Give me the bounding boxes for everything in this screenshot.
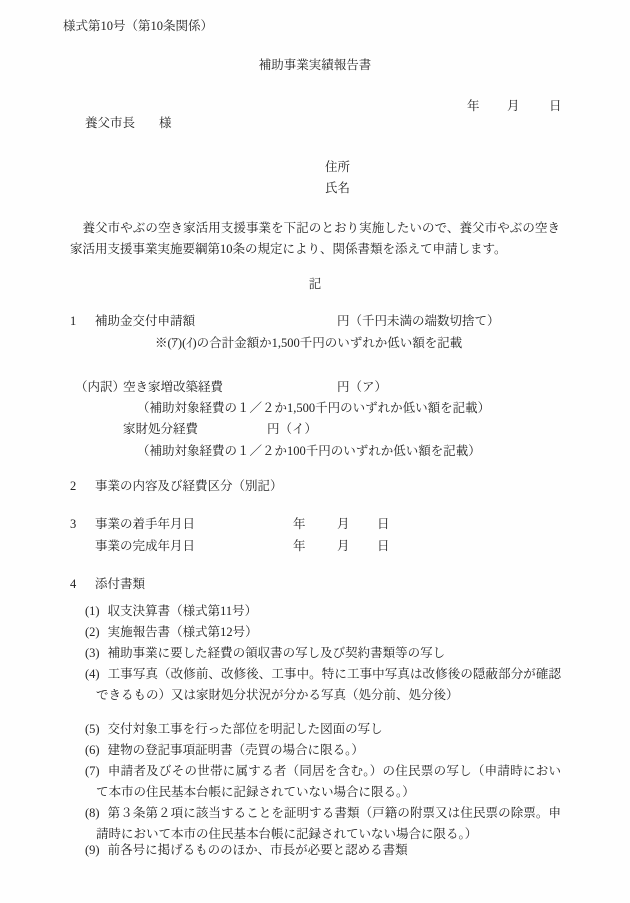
addressee-line: 養父市長様 (85, 116, 172, 130)
address-label: 住所 (325, 160, 350, 174)
complete-month-label: 月 (337, 539, 350, 553)
breakdown-row-1-note-text: （補助対象経費の１／２か1,500千円のいずれか低い額を記載） (137, 401, 490, 415)
attachment-text: 補助事業に要した経費の領収書の写し及び契約書類等の写し (108, 646, 446, 660)
breakdown-row-2-label: 家財処分経費 (123, 422, 198, 436)
attachment-number: (4) (85, 667, 100, 681)
attachment-number: (8) (85, 806, 100, 820)
section-1-number: 1 (70, 314, 76, 328)
attachment-number: (2) (85, 625, 100, 639)
section-4-number: 4 (70, 577, 76, 591)
form-number: 様式第10号（第10条関係） (63, 19, 213, 33)
attachment-item: (8)第３条第２項に該当することを証明する書類（戸籍の附票又は住民票の除票。申請… (96, 803, 561, 845)
attachment-item: (2)実施報告書（様式第12号） (96, 622, 561, 643)
attachment-item: (1)収支決算書（様式第11号） (96, 601, 561, 622)
section-3-complete-label: 事業の完成年月日 (95, 539, 195, 553)
document-page: 様式第10号（第10条関係） 補助事業実績報告書 年 月 日 養父市長様 住所 … (0, 0, 630, 903)
section-2-number: 2 (70, 479, 76, 493)
attachment-text: 交付対象工事を行った部位を明記した図面の写し (108, 722, 383, 736)
start-day-label: 日 (377, 517, 390, 531)
name-label: 氏名 (325, 181, 350, 195)
record-heading: 記 (0, 277, 630, 291)
attachment-number: (9) (85, 843, 100, 857)
section-1-note-text: ※(ｱ)(ｲ)の合計金額か1,500千円のいずれか低い額を記載 (155, 336, 462, 350)
section-1-label: 補助金交付申請額 (95, 314, 195, 328)
start-year-label: 年 (293, 517, 306, 531)
attachment-text: 第３条第２項に該当することを証明する書類（戸籍の附票又は住民票の除票。申請時にお… (96, 806, 561, 841)
attachment-item: (6)建物の登記事項証明書（売買の場合に限る。） (96, 740, 561, 761)
attachment-item: (9)前各号に掲げるもののほか、市長が必要と認める書類 (96, 840, 561, 861)
breakdown-row-1-label: 空き家増改築経費 (123, 380, 223, 394)
date-day-label: 日 (549, 99, 562, 113)
attachment-item: (5)交付対象工事を行った部位を明記した図面の写し (96, 719, 561, 740)
breakdown-row-2-note-text: （補助対象経費の１／２か100千円のいずれか低い額を記載） (137, 444, 481, 458)
attachment-number: (1) (85, 604, 100, 618)
attachment-text: 収支決算書（様式第11号） (108, 604, 258, 618)
breakdown-row-2-unit: 円（イ） (267, 422, 317, 436)
breakdown-row-1-unit: 円（ア） (337, 380, 387, 394)
complete-year-label: 年 (293, 539, 306, 553)
section-3-start-label: 事業の着手年月日 (95, 517, 195, 531)
date-line: 年 月 日 (0, 99, 630, 169)
attachment-number: (7) (85, 764, 100, 778)
attachment-number: (3) (85, 646, 100, 660)
section-3-number: 3 (70, 517, 76, 531)
body-paragraph: 養父市やぶの空き家活用支援事業を下記のとおり実施したいので、養父市やぶの空き家活… (70, 218, 560, 260)
attachment-text: 前各号に掲げるもののほか、市長が必要と認める書類 (108, 843, 408, 857)
attachment-text: 実施報告書（様式第12号） (108, 625, 258, 639)
attachment-number: (6) (85, 743, 100, 757)
start-month-label: 月 (337, 517, 350, 531)
date-year-label: 年 (467, 99, 480, 113)
attachment-item: (4)工事写真（改修前、改修後、工事中。特に工事中写真は改修後の隠蔽部分が確認で… (96, 664, 561, 706)
attachment-item: (3)補助事業に要した経費の領収書の写し及び契約書類等の写し (96, 643, 561, 664)
breakdown-prefix: （内訳） (75, 380, 125, 394)
attachment-text: 工事写真（改修前、改修後、工事中。特に工事中写真は改修後の隠蔽部分が確認できるも… (96, 667, 561, 702)
section-2-label: 事業の内容及び経費区分（別記） (95, 479, 283, 493)
addressee-honorific: 様 (159, 116, 172, 130)
complete-day-label: 日 (377, 539, 390, 553)
attachment-item: (7)申請者及びその世帯に属する者（同居を含む。）の住民票の写し（申請時において… (96, 761, 561, 803)
attachment-text: 建物の登記事項証明書（売買の場合に限る。） (108, 743, 364, 757)
page-title: 補助事業実績報告書 (0, 58, 630, 72)
attachment-number: (5) (85, 722, 100, 736)
date-month-label: 月 (507, 99, 520, 113)
section-1-unit-note: 円（千円未満の端数切捨て） (337, 314, 500, 328)
addressee-name: 養父市長 (85, 116, 135, 130)
section-1-note: ※(ｱ)(ｲ)の合計金額か1,500千円のいずれか低い額を記載 (0, 336, 630, 378)
section-4-label: 添付書類 (95, 577, 145, 591)
attachment-text: 申請者及びその世帯に属する者（同居を含む。）の住民票の写し（申請時において本市の… (96, 764, 561, 799)
